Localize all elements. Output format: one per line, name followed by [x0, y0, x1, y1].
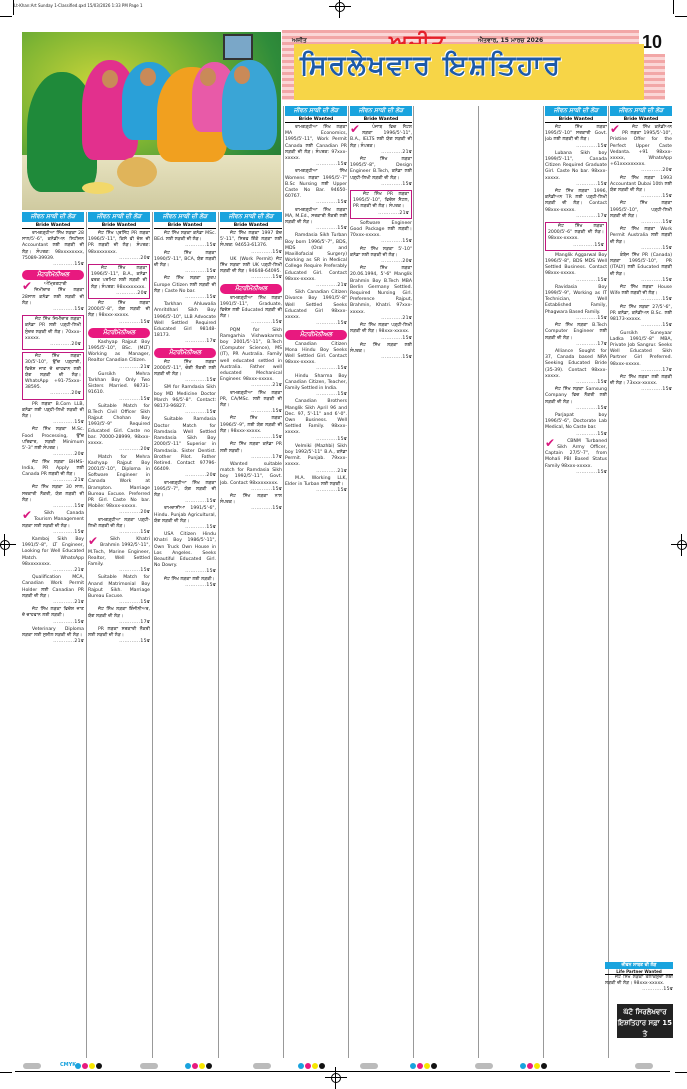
- ad-text: ਜੱਟ ਸਿੱਖ ਲੜਕਾ B.Tech Computer Engineer ਲ…: [545, 323, 607, 342]
- matrimonial-logo: ਮੈਟਰੀਮੋਨੀਅਲ: [88, 328, 150, 338]
- ad-text: Gursikh Mehra Tarkhan Boy Only Two Siste…: [88, 372, 150, 397]
- ad-rate: ............15ਵ: [350, 355, 412, 361]
- ad-text: ਕੰਬੋਜ ਸਿੱਖ PR (Canada) ਲੜਕਾ 1995/5'-10",…: [610, 253, 672, 278]
- ad-rate: ............17ਵ: [610, 368, 672, 374]
- magenta-dot: [82, 1063, 88, 1069]
- life-partner-box: ਜੀਵਨ ਸਾਥਣ ਦੀ ਲੋੜ Life Partner Wanted ਜੱਟ…: [605, 962, 673, 995]
- classified-ad: ਜੱਟ ਸਿੱਖ ਪ੍ਰਸਿੱਧ PR ਲੜਕਾ 1996/5'-11", ਕਿ…: [88, 231, 150, 262]
- column-subheading: Bride Wanted: [545, 116, 607, 123]
- black-dot: [206, 1063, 212, 1069]
- ad-rate: ............15ਵ: [88, 320, 150, 326]
- ad-rate: ............17ਵ: [154, 339, 216, 345]
- ad-rate: ............15ਵ: [154, 583, 216, 589]
- ad-rate: ............20ਵ: [25, 391, 81, 397]
- ad-text: Lubana Sikh boy 1999/5'-11", Canada Citi…: [545, 151, 607, 182]
- promo-line-1: ਘੱਟੋ ਸਿਰਲੇਖਵਾਰ: [617, 1007, 673, 1018]
- matrimonial-logo: ਮੈਟਰੀਮੋਨੀਅਲ: [154, 348, 216, 358]
- ad-text: ਜੱਟ ਸਿੱਖ ਲੜਕਾ Samsung Company ਵਿਚ ਨੌਕਰੀ …: [545, 387, 607, 406]
- figure-face: [200, 68, 216, 86]
- ad-rate: ............15ਵ: [154, 499, 216, 505]
- ad-text: UK (Work Permit) ਜੱਟ ਸਿੱਖ ਲੜਕਾ ਲਈ UK ਪੜ੍…: [220, 257, 282, 276]
- classified-ad: Suitable Match for B.Tech Civil Officer …: [88, 404, 150, 454]
- column-divider: [86, 212, 87, 1058]
- classified-ad: ਜੱਟ ਸਿੱਖ ਲੜਕਾ 2000/5'-11", ਚੰਗੀ ਨੌਕਰੀ ਲਈ…: [154, 360, 216, 385]
- ad-text: Kamboj Sikh Boy 1991/5'-8", LT Engineer,…: [22, 537, 84, 568]
- promo-box: ਘੱਟੋ ਸਿਰਲੇਖਵਾਰ ਇਸ਼ਤਿਹਾਰ ਸਫ਼ਾ 15 ਤੇ: [617, 1004, 673, 1038]
- crop-mark: [675, 1072, 687, 1073]
- column-heading: ਜੀਵਨ ਸਾਥੀ ਦੀ ਲੋੜ: [545, 106, 607, 116]
- ad-text: ਰਾਮਗੜ੍ਹੀਆ ਸਿੱਖ ਲੜਕਾ PR, CA/MSc. ਲਈ ਲੜਕੀ …: [220, 391, 282, 410]
- column-subheading: Bride Wanted: [88, 222, 150, 229]
- crop-mark: [675, 16, 687, 17]
- crop-mark: [0, 1072, 12, 1073]
- classified-ad: ਜੱਟ ਸਿੱਖ ਲੜਕਾ 20.06.1994, 5'-6" Manglik …: [350, 266, 412, 322]
- ad-rate: ............15ਵ: [610, 387, 672, 393]
- cyan-dot: [520, 1063, 526, 1069]
- classified-ad: ਜੱਟ ਸਿੱਖ ਲੜਕਾ B.Tech Computer Engineer ਲ…: [545, 323, 607, 348]
- column-subheading: Bride Wanted: [285, 116, 347, 123]
- ad-text: ਜੱਟ ਸਿੱਖ ਲੜਕਾ 30/5'-10", ਉੱਚ ਪੜ੍ਹਾਈ, ਵਿਦ…: [25, 354, 81, 391]
- black-dot: [431, 1063, 437, 1069]
- classified-ad: Lubana Sikh boy 1999/5'-11", Canada Citi…: [545, 151, 607, 188]
- ad-rate: ............21ਵ: [88, 365, 150, 371]
- ad-rate: ............15ਵ: [22, 420, 84, 426]
- ad-rate: ............17ਵ: [545, 342, 607, 348]
- ad-text: Hindu Sharma Boy Canadian Citizen, Teach…: [285, 374, 347, 393]
- ad-rate: ............21ਵ: [22, 639, 84, 645]
- header-illustration: [22, 32, 281, 210]
- ad-rate: ............15ਵ: [154, 525, 216, 531]
- classified-ad: ਰਾਮਗੜ੍ਹੀਆ ਸਿੱਖ Womens ਲੜਕਾ 1995/5'-7" B.…: [285, 169, 347, 206]
- ad-rate: ............17ਵ: [88, 620, 150, 626]
- ad-text: Velmiki (Mazhbi) Sikh boy 1992/5'-11" B.…: [285, 444, 347, 469]
- ad-text: ਜੱਟ ਸਿੱਖ ਲੜਕਾ 1990/5'-11", BCA, ਯੋਗ ਲੜਕੀ…: [154, 251, 216, 270]
- classified-ad: ਜੱਟ ਸਿੱਖ ਲੜਕਾ 1993 Accountant Dubai 10th…: [610, 176, 672, 201]
- cmyk-label: CMYK: [60, 1062, 76, 1068]
- ad-text: ਜੱਟ ਸਿੱਖ ਲੜਕਾ 20.06.1994, 5'-6" Manglik …: [350, 266, 412, 316]
- ad-text: ਰਾਮਗੜ੍ਹੀਆ ਸਿੱਖ Womens ਲੜਕਾ 1995/5'-7" B.…: [285, 169, 347, 200]
- ad-text: Parjapat boy 1996/5'-6", Doctorate Lab M…: [545, 413, 607, 432]
- illustration-plate: [82, 182, 114, 194]
- classified-ad: ਜੱਟ ਸਿੱਖ ਲੜਕਾ 2000/5'-6" ਲੜਕੀ ਦੀ ਲੋੜ। 98…: [545, 222, 607, 251]
- promo-line-2: ਇਸ਼ਤਿਹਾਰ ਸਫ਼ਾ 15 ਤੇ: [617, 1018, 673, 1040]
- ad-text: ਜੱਟ ਸਿੱਖ ਲੜਕਾ ਯੂਰਪ Europe Citizen ਲਈ ਲੜਕ…: [154, 276, 216, 295]
- classified-ad: Veterinary Diploma ਲੜਕਾ ਲਈ ਸੁਸ਼ੀਲ ਲੜਕੀ ਦ…: [22, 627, 84, 646]
- classified-ad: ਜੱਟ ਸਿੱਖ ਲੜਕਾ 1995/5'-10", ਪੜ੍ਹੀ-ਲਿਖੀ ਲੜ…: [610, 201, 672, 226]
- classified-ad: Kamboj Sikh Boy 1991/5'-8", LT Engineer,…: [22, 537, 84, 574]
- classified-ad: UK (Work Permit) ਜੱਟ ਸਿੱਖ ਲੜਕਾ ਲਈ UK ਪੜ੍…: [220, 257, 282, 282]
- ad-rate: ............15ਵ: [220, 506, 282, 512]
- classified-ad: ਜੱਟ ਸਿੱਖ ਲੜਕਾ 1996/5'-9", ਲਈ ਯੋਗ ਲੜਕੀ ਦੀ…: [220, 416, 282, 441]
- column-heading: ਜੀਵਨ ਸਾਥੀ ਦੀ ਲੋੜ: [285, 106, 347, 116]
- print-slug: Lt-Khan:Art Sunday 1-Classified.qxd 15/0…: [14, 3, 143, 8]
- gray-swatch: [253, 1063, 271, 1069]
- ad-text: ਜੱਟ ਸਿੱਖ ਲੜਕਾ ਲਈ ਲੜਕੀ।: [154, 577, 216, 583]
- classified-ad: ਰਾਮਦਾਸੀਆ 1991/5'-6", Hindu. Punjab Agric…: [154, 506, 216, 531]
- ad-rate: ............15ਵ: [545, 316, 607, 322]
- ad-rate: ............15ਵ: [285, 226, 347, 232]
- ad-text: ਜੱਟ ਸਿੱਖ ਲੜਕਾ 1997 ਕੱਦ 5'-11", ਸਿਰਫ ਇੱਕੋ…: [220, 231, 282, 250]
- classified-ad: ✔ਜੱਟ ਸਿੱਖ ਕਨੇਡੀਅਨ PR ਲੜਕਾ 1995/5'-10", P…: [610, 125, 672, 175]
- classified-ad: Gursikh Suneyaar Ladka 1991/5'-8" MBA, P…: [610, 331, 672, 374]
- ad-text: ਜੱਟ ਸਿੱਖ ਲੜਕਾ ਕਨੇਡਾ PR ਲਈ ਲੜਕੀ।: [220, 442, 282, 454]
- classified-ad: ਜੱਟ ਸਿੱਖ ਲੜਕਾ BHMS-India, PR Apply ਲਈ Ca…: [22, 460, 84, 485]
- ad-text: PQM for Sikh Ramgarhia Vishwakarma boy 2…: [220, 328, 282, 384]
- crop-mark: [673, 0, 674, 14]
- ad-rate: ............15ਵ: [220, 409, 282, 415]
- classified-ad: ਰਾਮਗੜ੍ਹੀਆ ਸਿੱਖ ਲੜਕਾ 28 ਸਾਲ/5'-6", ਕਨੇਡੀਅ…: [22, 231, 84, 268]
- classified-ad: SM for Ramdasia Sikh boy MD Medicine Doc…: [154, 385, 216, 416]
- crop-mark: [0, 16, 12, 17]
- ad-rate: ............17ਵ: [545, 214, 607, 220]
- ad-text: ਰਾਮਗੜ੍ਹੀਆ ਲੜਕਾ ਪੜ੍ਹੀ-ਲਿਖੀ ਲੜਕੀ ਦੀ ਲੋੜ।: [88, 518, 150, 530]
- classified-ad: ਜੱਟ ਸਿੱਖ ਲੜਕਾ 2000/5'-8", ਯੋਗ ਲੜਕੀ ਦੀ ਲੋ…: [88, 301, 150, 326]
- checkmark-icon: ✔: [545, 439, 555, 448]
- ad-text: ਰਾਮਦਾਸੀਆ 1991/5'-6", Hindu. Punjab Agric…: [154, 506, 216, 525]
- classified-ad: ਰਾਮਗੜ੍ਹੀਆ ਸਿੱਖ ਲੜਕਾ 1991/5'-11", Graduat…: [220, 296, 282, 327]
- ad-rate: ............15ਵ: [220, 275, 282, 281]
- ad-text: Ramdasia Sikh Turban Boy born 1996/5'-7"…: [285, 233, 347, 283]
- ad-rate: ............15ਵ: [545, 278, 607, 284]
- ad-text: Wanted suitable match for Ramdasia Sikh …: [220, 462, 282, 487]
- classified-ad: ਜੱਟ ਸਿੱਖ ਲੜਕਾ 27/5'-6", PR ਕਨੇਡਾ, ਕਨੇਡੀਅ…: [610, 305, 672, 330]
- column-heading: ਜੀਵਨ ਸਾਥੀ ਦੀ ਲੋੜ: [350, 106, 412, 116]
- ad-rate: ............15ਵ: [545, 144, 607, 150]
- gray-swatch: [475, 1063, 493, 1069]
- registration-mark-icon: [329, 0, 351, 18]
- gray-swatch: [635, 1063, 653, 1069]
- yellow-dot: [424, 1063, 430, 1069]
- ad-rate: ............15ਵ: [285, 437, 347, 443]
- ad-text: ਜੱਟ ਸਿੱਖ ਲੜਕਾ 1995/5'-10" ਸਰਕਾਰੀ Govt. J…: [545, 125, 607, 144]
- classified-ad: ਜੱਟ ਸਿੱਖ ਲੜਕਾ ਯੂਰਪ Europe Citizen ਲਈ ਲੜਕ…: [154, 276, 216, 301]
- ad-rate: ............15ਵ: [22, 620, 84, 626]
- classified-ad: Canadian Brothers Manglik Sikh April 96 …: [285, 399, 347, 442]
- black-dot: [319, 1063, 325, 1069]
- ad-rate: ............15ਵ: [610, 194, 672, 200]
- classified-ad: ✔Sikh Khatri Brahmin 1992/5'-11", M.Tech…: [88, 537, 150, 574]
- classified-ad: ਜੱਟ ਸਿੱਖ ਲੜਕਾ 5'-10" ਕਨੇਡਾ ਲਈ ਲੜਕੀ ਦੀ ਲੋ…: [350, 247, 412, 266]
- classified-column: ਜੀਵਨ ਸਾਥੀ ਦੀ ਲੋੜBride Wanted✔ਪੰਜਾਬ ਵਿਚ ਸ…: [350, 106, 412, 1058]
- cyan-dot: [75, 1063, 81, 1069]
- ad-text: Veterinary Diploma ਲੜਕਾ ਲਈ ਸੁਸ਼ੀਲ ਲੜਕੀ ਦ…: [22, 627, 84, 639]
- ad-text: Qualification MCA, Canadian Work Permit …: [22, 575, 84, 600]
- ad-text: SM for Ramdasia Sikh boy MD Medicine Doc…: [154, 385, 216, 410]
- classified-ad: Parjapat boy 1996/5'-6", Doctorate Lab M…: [545, 413, 607, 438]
- ad-text: Ravidasia Boy 1999/5'-9", Working as IT …: [545, 285, 607, 316]
- ad-rate: ............15ਵ: [285, 200, 347, 206]
- yellow-dot: [89, 1063, 95, 1069]
- ad-rate: ............15ਵ: [22, 307, 84, 313]
- column-heading: ਜੀਵਨ ਸਾਥੀ ਦੀ ਲੋੜ: [610, 106, 672, 116]
- classified-ad: PR ਲੜਕਾ B.Com LLB, ਕਨੇਡਾ ਲਈ ਪੜ੍ਹੀ-ਲਿਖੀ ਲ…: [22, 402, 84, 427]
- ad-rate: ............15ਵ: [220, 320, 282, 326]
- classified-ad: M.A. Working LLK, Elder in Turban ਲਈ ਲੜਕ…: [285, 476, 347, 495]
- classified-ad: Sikh Canadian Citizen Divorce Boy 1991/5…: [285, 290, 347, 327]
- crop-mark: [13, 0, 14, 15]
- classified-ad: ਜੱਟ ਸਿੱਖ ਲੜਕਾ ਇੰਜੀਨੀਅਰ, ਯੋਗ ਲੜਕੀ ਦੀ ਲੋੜ।…: [88, 607, 150, 626]
- ad-text: ਜੱਟ ਸਿੱਖ ਲੜਕਾ ਵਿਦੇਸ਼ ਜਾਣ ਦੇ ਚਾਹਵਾਨ ਲਈ ਲੜ…: [22, 607, 84, 619]
- ad-text: Suitable Match for B.Tech Civil Officer …: [88, 404, 150, 447]
- ad-rate: ............21ਵ: [220, 383, 282, 389]
- ad-text: Suitable Match for Anand Matrimonial Boy…: [88, 575, 150, 600]
- classified-ad: ਜੱਟ ਸਿੱਖ ਲੜਕਾ ਲਈ ਸੰਪਰਕ।............15ਵ: [350, 343, 412, 362]
- column-heading: ਜੀਵਨ ਸਾਥੀ ਦੀ ਲੋੜ: [154, 212, 216, 222]
- classified-ad: Suitable Match for Anand Matrimonial Boy…: [88, 575, 150, 606]
- ad-rate: ............20ਵ: [88, 510, 150, 516]
- magenta-dot: [305, 1063, 311, 1069]
- gray-swatch: [140, 1063, 158, 1069]
- ad-text: Gursikh Suneyaar Ladka 1991/5'-8" MBA, P…: [610, 331, 672, 368]
- ad-rate: ............15ਵ: [154, 410, 216, 416]
- classified-ad: ਜੱਟ ਸਿੱਖ ਲੜਕਾ ਪੜ੍ਹੀ-ਲਿਖੀ ਲੜਕੀ ਦੀ ਲੋੜ। 98…: [350, 323, 412, 342]
- magenta-dot: [192, 1063, 198, 1069]
- checkmark-icon: ✔: [610, 125, 620, 134]
- classified-ad: Match for Mehra Kashyap Rajput Boy 2001/…: [88, 455, 150, 517]
- classified-column: ਜੀਵਨ ਸਾਥੀ ਦੀ ਲੋੜBride Wantedਜੱਟ ਸਿੱਖ ਪ੍ਰ…: [88, 212, 150, 1058]
- ad-text: ਜੱਟ ਸਿੱਖ ਲੜਕਾ 27/5'-6", PR ਕਨੇਡਾ, ਕਨੇਡੀਅ…: [610, 305, 672, 324]
- ad-text: ਜੱਟ ਸਿੱਖ ਲੜਕਾ 5'-10" ਕਨੇਡਾ ਲਈ ਲੜਕੀ ਦੀ ਲੋ…: [350, 247, 412, 259]
- column-subheading: Bride Wanted: [220, 222, 282, 229]
- classified-column: ਜੀਵਨ ਸਾਥੀ ਦੀ ਲੋੜBride Wanted✔ਜੱਟ ਸਿੱਖ ਕਨ…: [610, 106, 672, 960]
- ad-text: ਜੱਟ ਸਿੱਖ ਲੜਕਾ 1996/5'-11", B.A., ਕਨੇਡਾ ਵ…: [91, 266, 147, 291]
- ad-rate: ............15ਵ: [154, 378, 216, 384]
- matrimonial-logo: ਮੈਟਰੀਮੋਨੀਅਲ: [220, 284, 282, 294]
- ad-text: ਜੱਟ ਸਿੱਖ ਲੜਕਾ 2000/5'-8", ਯੋਗ ਲੜਕੀ ਦੀ ਲੋ…: [88, 301, 150, 320]
- ad-rate: ............15ਵ: [610, 323, 672, 329]
- column-divider: [608, 106, 609, 1058]
- figure-face: [140, 68, 156, 86]
- registration-mark-icon: [0, 534, 16, 556]
- yellow-dot: [199, 1063, 205, 1069]
- ad-text: ਜੱਟ ਸਿੱਖ ਲੜਕਾ ਪੜ੍ਹੀ-ਲਿਖੀ ਲੜਕੀ ਦੀ ਲੋੜ। 98…: [350, 323, 412, 335]
- ad-text: PR ਲੜਕਾ ਸਰਕਾਰੀ ਨੌਕਰੀ ਲਈ ਲੜਕੀ ਦੀ ਲੋੜ।: [88, 627, 150, 639]
- ad-rate: ............15ਵ: [154, 243, 216, 249]
- classified-ad: ਜੱਟ ਸਿੱਖ ਲੜਕਾ ਲਈ ਲੜਕੀ।............15ਵ: [154, 577, 216, 589]
- ad-text: ਜੱਟ ਸਿੱਖ ਲੜਕਾ ਲਈ ਸੰਪਰਕ।: [350, 343, 412, 355]
- gray-swatch: [360, 1063, 378, 1069]
- ad-rate: ............20ਵ: [22, 452, 84, 458]
- ad-text: Suitable Ramdasia Doctor Match for Ramda…: [154, 417, 216, 473]
- ad-rate: ............15ਵ: [610, 246, 672, 252]
- classified-ad: ਜੱਟ ਸਿੱਖ ਲੜਕਾ ਵਿਦੇਸ਼ ਜਾਣ ਦੇ ਚਾਹਵਾਨ ਲਈ ਲੜ…: [22, 607, 84, 626]
- checkmark-icon: ✔: [22, 282, 32, 291]
- classified-ad: Gursikh Mehra Tarkhan Boy Only Two Siste…: [88, 372, 150, 403]
- classified-ad: ਜੱਟ ਸਿੱਖ ਲੜਕਾ 1997 ਕੱਦ 5'-11", ਸਿਰਫ ਇੱਕੋ…: [220, 231, 282, 256]
- figure-face: [234, 66, 250, 84]
- ad-rate: ............21ਵ: [285, 283, 347, 289]
- ad-text: M.A. Working LLK, Elder in Turban ਲਈ ਲੜਕ…: [285, 476, 347, 488]
- classified-ad: ਜੱਟ ਸਿੱਖ ਲੜਕਾ Work Permit Australia ਲਈ ਲ…: [610, 227, 672, 252]
- ad-text: ਜੱਟ ਸਿੱਖ ਲੜਕਾ 1995/5'-8", Design Enginee…: [350, 157, 412, 182]
- classified-ad: ਜੱਟ ਸਿੱਖ ਲੜਕਾ ਲਈ ਲੜਕੀ ਦੀ ਲੋੜ। 73xxx-xxxx…: [610, 375, 672, 394]
- classified-column: ਜੀਵਨ ਸਾਥੀ ਦੀ ਲੋੜBride Wantedਜੱਟ ਸਿੱਖ ਲੜਕ…: [154, 212, 216, 1058]
- column-heading: ਜੀਵਨ ਸਾਥੀ ਦੀ ਲੋੜ: [88, 212, 150, 222]
- column-divider: [348, 106, 349, 1058]
- classified-column: ਜੀਵਨ ਸਾਥੀ ਦੀ ਲੋੜBride Wantedਜੱਟ ਸਿੱਖ ਲੜਕ…: [545, 106, 607, 1058]
- classified-ad: ✔CBNM Turbaned Sikh Army Officer, Captai…: [545, 439, 607, 476]
- ad-rate: ............15ਵ: [285, 366, 347, 372]
- ad-text: ਰਾਮਗੜ੍ਹੀਆ ਸਿੱਖ ਲੜਕਾ 28 ਸਾਲ/5'-6", ਕਨੇਡੀਅ…: [22, 231, 84, 262]
- illustration-basket: [117, 157, 157, 187]
- classified-ad: Velmiki (Mazhbi) Sikh boy 1992/5'-11" B.…: [285, 444, 347, 475]
- classified-column: ਜੀਵਨ ਸਾਥੀ ਦੀ ਲੋੜBride Wantedਰਾਮਗੜ੍ਹੀਆ ਸਿ…: [285, 106, 347, 1058]
- classified-ad: ✔ਪੰਜਾਬ ਵਿਚ ਸੈਟਲ ਲੜਕਾ 1996/5'-11", B.A., …: [350, 125, 412, 156]
- column-divider: [478, 106, 479, 1058]
- ad-text: ਰਾਮਗੜ੍ਹੀਆ ਸਿੱਖ ਲੜਕਾ 1995/5'-7", ਯੋਗ ਲੜਕੀ…: [154, 481, 216, 500]
- ad-text: Sikh Canadian Citizen Divorce Boy 1991/5…: [285, 290, 347, 321]
- classified-ad: Manglik Aggarwal Boy 1996/5'-8", BDS MDS…: [545, 253, 607, 284]
- ad-text: ਜੱਟ ਸਿੱਖ ਲੜਕਾ 1996/5'-9", ਲਈ ਯੋਗ ਲੜਕੀ ਦੀ…: [220, 416, 282, 435]
- classified-ad: ਰਾਮਗੜ੍ਹੀਆ ਸਿੱਖ ਲੜਕਾ MA Economics, 1995/5…: [285, 125, 347, 168]
- ad-rate: ............15ਵ: [285, 162, 347, 168]
- registration-mark-icon: [671, 534, 687, 556]
- page-title: ਸਿਰਲੇਖਵਾਰ ਇਸ਼ਤਿਹਾਰ: [300, 50, 562, 82]
- color-bar-footer: CMYK: [15, 1061, 670, 1071]
- yellow-dot: [534, 1063, 540, 1069]
- ad-rate: ............15ਵ: [545, 380, 607, 386]
- classified-ad: ✔ਅੰਮ੍ਰਿਤਧਾਰੀ ਜਿਮੀਦਾਰ ਸਿੱਖ ਲੜਕਾ 28ਸਾਲ ਕਨੇ…: [22, 282, 84, 313]
- ad-rate: ............15ਵ: [285, 488, 347, 494]
- ad-text: ਰਾਮਗੜ੍ਹੀਆ ਸਿੱਖ ਲੜਕਾ 1991/5'-11", Graduat…: [220, 296, 282, 321]
- classified-ad: ਰਾਮਗੜ੍ਹੀਆ ਸਿੱਖ ਲੜਕਾ PR, CA/MSc. ਲਈ ਲੜਕੀ …: [220, 391, 282, 416]
- figure-face: [102, 70, 118, 88]
- classified-ad: Wanted suitable match for Ramdasia Sikh …: [220, 462, 282, 493]
- ad-text: ਜੱਟ ਸਿੱਖ ਲੜਕਾ ਤਲਾਕਸ਼ੁਦਾ ਲਈ ਲੜਕੀ ਦੀ ਲੋੜ। …: [605, 975, 673, 987]
- ad-text: ਜੱਟ ਸਿੱਖ PR ਲੜਕਾ 1995/5'-10", ਵਿਦੇਸ਼ ਸੈਟ…: [353, 192, 409, 211]
- ad-text: Manglik Aggarwal Boy 1996/5'-8", BDS MDS…: [545, 253, 607, 278]
- ad-text: ਜੱਟ ਸਿੱਖ ਲੜਕਾ ਨਾਲ ਸੰਪਰਕ।: [220, 494, 282, 506]
- ad-text: Canadian Citizen Mona Hindu Boy Seeks We…: [285, 342, 347, 367]
- ad-rate: ............15ਵ: [605, 987, 673, 993]
- column-divider: [218, 212, 219, 1058]
- ad-text: ਜੱਟ ਸਿੱਖ ਲੜਕਾ 1995/5'-10", ਪੜ੍ਹੀ-ਲਿਖੀ ਲੜ…: [610, 201, 672, 220]
- classified-ad: ਜੱਟ ਸਿੱਖ ਲੜਕਾ 1990/5'-11", BCA, ਯੋਗ ਲੜਕੀ…: [154, 251, 216, 276]
- ad-text: Kashyap Rajput Boy 1995/5'-10", BSc. (ML…: [88, 340, 150, 365]
- ad-rate: ............15ਵ: [220, 435, 282, 441]
- ad-rate: ............15ਵ: [285, 321, 347, 327]
- ad-text: Canadian Brothers Manglik Sikh April 96 …: [285, 399, 347, 436]
- classified-ad: Ravidasia Boy 1999/5'-9", Working as IT …: [545, 285, 607, 322]
- classified-ad: ਜੱਟ ਸਿੱਖ ਲੜਕਾ 1996/5'-11", B.A., ਕਨੇਡਾ ਵ…: [88, 264, 150, 299]
- column-heading: ਜੀਵਨ ਸਾਥੀ ਦੀ ਲੋੜ: [22, 212, 84, 222]
- classified-ad: ਕੰਬੋਜ ਸਿੱਖ PR (Canada) ਲੜਕਾ 1995/5'-10",…: [610, 253, 672, 284]
- ad-text: ਜੱਟ ਸਿੱਖ ਲੜਕਾ 1996, ਕਨੇਡੀਅਨ TR ਲਈ ਪੜ੍ਹੀ-…: [545, 189, 607, 214]
- classified-ad: ਜੱਟ ਸਿੱਖ ਲੜਕਾ 1996, ਕਨੇਡੀਅਨ TR ਲਈ ਪੜ੍ਹੀ-…: [545, 189, 607, 220]
- column-heading: ਜੀਵਨ ਸਾਥੀ ਦੀ ਲੋੜ: [220, 212, 282, 222]
- ad-rate: ............15ਵ: [154, 269, 216, 275]
- cyan-dot: [410, 1063, 416, 1069]
- classified-ad: Canadian Citizen Mona Hindu Boy Seeks We…: [285, 342, 347, 373]
- ad-text: ਜੱਟ ਸਿੱਖ ਲੜਕਾ 1993 Accountant Dubai 10th…: [610, 176, 672, 195]
- illustration-window: [223, 34, 253, 60]
- ad-rate: ............20ਵ: [154, 473, 216, 479]
- ad-text: ਜੱਟ ਸਿੱਖ ਲੜਕਾ 2000/5'-11", ਚੰਗੀ ਨੌਕਰੀ ਲਈ…: [154, 360, 216, 379]
- ad-rate: ............15ਵ: [154, 295, 216, 301]
- life-partner-ad: ਜੱਟ ਸਿੱਖ ਲੜਕਾ ਤਲਾਕਸ਼ੁਦਾ ਲਈ ਲੜਕੀ ਦੀ ਲੋੜ। …: [605, 975, 673, 995]
- ad-text: ਰਾਮਗੜ੍ਹੀਆ ਸਿੱਖ ਲੜਕਾ MA Economics, 1995/5…: [285, 125, 347, 162]
- column-divider: [283, 106, 284, 1058]
- ad-text: PR ਲੜਕਾ B.Com LLB, ਕਨੇਡਾ ਲਈ ਪੜ੍ਹੀ-ਲਿਖੀ ਲ…: [22, 402, 84, 421]
- ad-rate: ............20ਵ: [91, 291, 147, 297]
- classified-ad: ਜੱਟ ਸਿੱਖ PR ਲੜਕਾ 1995/5'-10", ਵਿਦੇਸ਼ ਸੈਟ…: [350, 190, 412, 219]
- classified-ad: ਜੱਟ ਸਿੱਖ ਲੜਕਾ Samsung Company ਵਿਚ ਨੌਕਰੀ …: [545, 387, 607, 412]
- column-subheading: Bride Wanted: [154, 222, 216, 229]
- footer-rule: [15, 1071, 670, 1072]
- ad-rate: ............15ਵ: [88, 397, 150, 403]
- ad-rate: ............21ਵ: [285, 469, 347, 475]
- ad-rate: ............15ਵ: [610, 220, 672, 226]
- classified-ad: ਜੱਟ ਸਿੱਖ ਲੜਕਾ House Wife ਲਈ ਲੜਕੀ ਦੀ ਲੋੜ।…: [610, 285, 672, 304]
- classified-ad: Ramdasia Sikh Turban Boy born 1996/5'-7"…: [285, 233, 347, 289]
- classified-ad: ਜੱਟ ਸਿੱਖ ਲੜਕਾ 30 ਸਾਲ, ਸਰਕਾਰੀ ਨੌਕਰੀ, ਯੋਗ …: [22, 485, 84, 510]
- ad-rate: ............15ਵ: [154, 569, 216, 575]
- ad-text: ਜੱਟ ਸਿੱਖ ਲੜਕਾ 2000/5'-6" ਲੜਕੀ ਦੀ ਲੋੜ। 98…: [548, 224, 604, 243]
- classified-ad: ਜੱਟ ਸਿੱਖ ਲੜਕਾ 30/5'-10", ਉੱਚ ਪੜ੍ਹਾਈ, ਵਿਦ…: [22, 352, 84, 399]
- classified-ad: ਜੱਟ ਸਿੱਖ ਲੜਕਾ 1995/5'-10" ਸਰਕਾਰੀ Govt. J…: [545, 125, 607, 150]
- classified-ad: ✔Sikh Canada Tourism Management ਲੜਕਾ ਲਈ …: [22, 511, 84, 536]
- ad-rate: ............15ਵ: [350, 336, 412, 342]
- ad-rate: ............15ਵ: [610, 297, 672, 303]
- gray-swatch: [23, 1063, 41, 1069]
- classified-ad: PR ਲੜਕਾ ਸਰਕਾਰੀ ਨੌਕਰੀ ਲਈ ਲੜਕੀ ਦੀ ਲੋੜ।....…: [88, 627, 150, 646]
- ad-text: ਜੱਟ ਸਿੱਖ ਲੜਕਾ Work Permit Australia ਲਈ ਲ…: [610, 227, 672, 246]
- ad-rate: ............15ਵ: [285, 392, 347, 398]
- classified-ad: Suitable Ramdasia Doctor Match for Ramda…: [154, 417, 216, 479]
- ad-rate: ............15ਵ: [545, 182, 607, 188]
- classified-ad: ਜੱਟ ਸਿੱਖ ਲੜਕਾ ਨਾਲ ਸੰਪਰਕ।............15ਵ: [220, 494, 282, 513]
- ad-rate: ............15ਵ: [545, 406, 607, 412]
- ad-text: ਜੱਟ ਸਿੱਖ ਲੜਕਾ BHMS-India, PR Apply ਲਈ Ca…: [22, 460, 84, 479]
- ad-rate: ............20ਵ: [610, 168, 672, 174]
- ad-rate: ............15ਵ: [548, 243, 604, 249]
- ad-rate: ............15ਵ: [88, 600, 150, 606]
- column-subheading: Bride Wanted: [22, 222, 84, 229]
- ad-rate: ............21ਵ: [22, 568, 84, 574]
- ad-rate: ............15ਵ: [220, 487, 282, 493]
- ad-text: USA Citizen Hindu Khatri Boy 1986/5'-11"…: [154, 532, 216, 569]
- ad-text: ਜੱਟ ਸਿੱਖ ਪ੍ਰਸਿੱਧ PR ਲੜਕਾ 1996/5'-11", ਕਿ…: [88, 231, 150, 256]
- classified-ad: Software Engineer Good Package ਲਈ ਲੜਕੀ। …: [350, 221, 412, 246]
- ad-rate: ............21ਵ: [350, 316, 412, 322]
- ad-text: Tarkhan Ahluwalia Amritdhari Sikh Boy 19…: [154, 302, 216, 339]
- ad-rate: ............17ਵ: [220, 455, 282, 461]
- classified-ad: USA Citizen Hindu Khatri Boy 1986/5'-11"…: [154, 532, 216, 575]
- ad-text: ਰਾਮਗੜ੍ਹੀਆ ਸਿੱਖ ਲੜਕਾ MA, M.Ed., ਸਰਕਾਰੀ ਨੌ…: [285, 208, 347, 227]
- magenta-dot: [527, 1063, 533, 1069]
- ad-text: Alliance Sought for 37, Canada based NRA…: [545, 349, 607, 380]
- cyan-dot: [298, 1063, 304, 1069]
- checkmark-icon: ✔: [350, 125, 360, 134]
- ad-text: ਜੱਟ ਸਿੱਖ ਲੜਕਾ ਲਈ ਲੜਕੀ ਦੀ ਲੋੜ। 73xxx-xxxx…: [610, 375, 672, 387]
- classified-ad: Qualification MCA, Canadian Work Permit …: [22, 575, 84, 606]
- masthead-title-band: ਸਿਰਲੇਖਵਾਰ ਇਸ਼ਤਿਹਾਰ: [294, 44, 644, 100]
- checkmark-icon: ✔: [88, 537, 98, 546]
- ad-rate: ............15ਵ: [220, 250, 282, 256]
- ad-rate: ............15ਵ: [350, 239, 412, 245]
- classified-ad: PQM for Sikh Ramgarhia Vishwakarma boy 2…: [220, 328, 282, 390]
- ad-text: Match for Mehra Kashyap Rajput Boy 2001/…: [88, 455, 150, 511]
- ad-rate: ............20ਵ: [25, 342, 81, 348]
- column-divider: [152, 212, 153, 1058]
- life-partner-heading: ਜੀਵਨ ਸਾਥਣ ਦੀ ਲੋੜ: [605, 962, 673, 969]
- ad-text: ਜੱਟ ਸਿੱਖ ਲੜਕਾ House Wife ਲਈ ਲੜਕੀ ਦੀ ਲੋੜ।: [610, 285, 672, 297]
- classified-column: ਜੀਵਨ ਸਾਥੀ ਦੀ ਲੋੜBride Wantedਜੱਟ ਸਿੱਖ ਲੜਕ…: [220, 212, 282, 1058]
- matrimonial-logo: ਮੈਟਰੀਮੋਨੀਅਲ: [285, 330, 347, 340]
- ad-text: ਜੱਟ ਸਿੱਖ ਲੜਕਾ ਇੰਜੀਨੀਅਰ, ਯੋਗ ਲੜਕੀ ਦੀ ਲੋੜ।: [88, 607, 150, 619]
- ad-rate: ............15ਵ: [610, 278, 672, 284]
- ad-rate: ............21ਵ: [22, 478, 84, 484]
